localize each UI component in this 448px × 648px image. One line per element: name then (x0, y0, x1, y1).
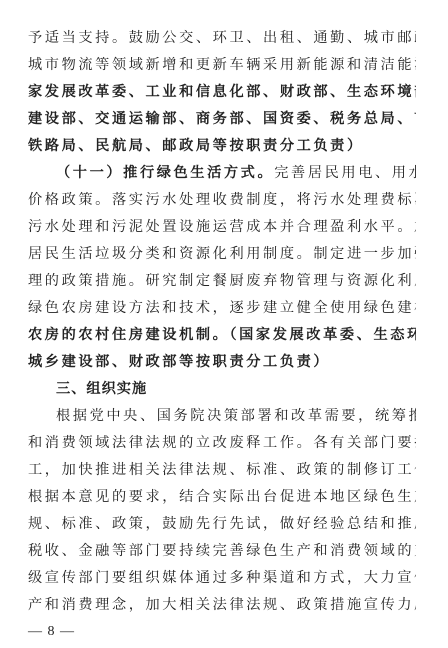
text-line: 城乡建设部、财政部等按职责分工负责） (28, 352, 416, 372)
text-line: 居民生活垃圾分类和资源化利用制度。制定进一步加强塑料污染治 (28, 244, 416, 264)
text-line: 价格政策。落实污水处理收费制度，将污水处理费标准调整至补偿 (28, 190, 416, 210)
text-line: 级宣传部门要组织媒体通过多种渠道和方式，大力宣传推广绿色生 (28, 568, 416, 588)
text-line: 建设部、交通运输部、商务部、国资委、税务总局、市场监管总局、 (28, 109, 416, 129)
text-line: 税收、金融等部门要持续完善绿色生产和消费领域的支持政策。各 (28, 541, 416, 561)
section-heading: 三、组织实施 (56, 379, 444, 399)
text-line: 城市物流等领域新增和更新车辆采用新能源和清洁能源汽车。（国 (28, 55, 416, 75)
text-line: 绿色农房建设方法和技术，逐步建立健全使用绿色建材、建设绿色 (28, 298, 416, 318)
subsection-text: 完善居民用电、用水、用气阶梯 (274, 165, 416, 181)
subsection-heading-line: （十一）推行绿色生活方式。完善居民用电、用水、用气阶梯 (56, 163, 416, 183)
text-line: 工，加快推进相关法律法规、标准、政策的制修订工作。各地区要 (28, 460, 416, 480)
text-line: 污水处理和污泥处置设施运营成本并合理盈利水平。加快推行城乡 (28, 217, 416, 237)
text-line: 予适当支持。鼓励公交、环卫、出租、通勤、城市邮政快递作业、 (28, 28, 416, 48)
text-line: 根据本意见的要求，结合实际出台促进本地区绿色生产和消费的法 (28, 487, 416, 507)
subsection-title: （十一）推行绿色生活方式。 (56, 165, 274, 181)
text-line: 产和消费理念，加大相关法律法规、政策措施宣传力度，凝聚社会 (28, 595, 416, 615)
page-number: — 8 — (28, 624, 75, 640)
document-page: 予适当支持。鼓励公交、环卫、出租、通勤、城市邮政快递作业、 城市物流等领域新增和… (0, 0, 448, 648)
text-line: 农房的农村住房建设机制。（国家发展改革委、生态环境部、住房 (28, 325, 416, 345)
text-line: 根据党中央、国务院决策部署和改革需要，统筹推动绿色生产 (56, 406, 416, 426)
text-line: 家发展改革委、工业和信息化部、财政部、生态环境部、住房城乡 (28, 82, 416, 102)
text-line: 规、标准、政策，鼓励先行先试，做好经验总结和推广。各级财政、 (28, 514, 416, 534)
text-line: 和消费领域法律法规的立改废释工作。各有关部门要按照职责分 (28, 433, 416, 453)
text-line: 铁路局、民航局、邮政局等按职责分工负责） (28, 136, 416, 156)
text-line: 理的政策措施。研究制定餐厨废弃物管理与资源化利用法规。推广 (28, 271, 416, 291)
